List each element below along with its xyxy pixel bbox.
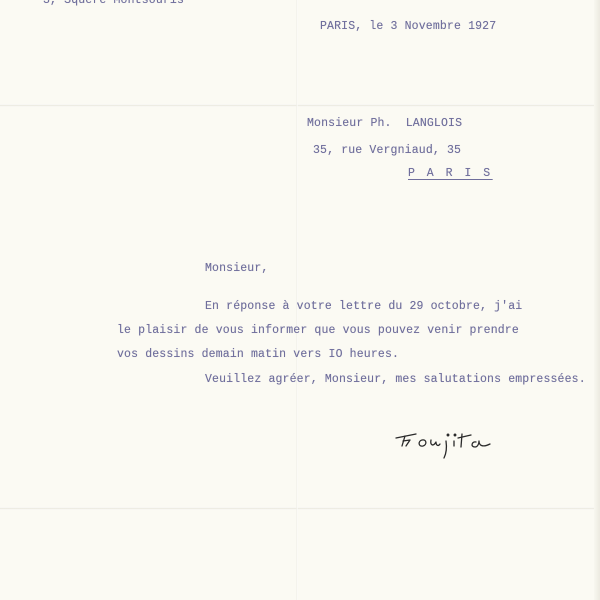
signature-foujita: [392, 420, 512, 460]
letter-page: 3, Squere Montsouris PARIS, le 3 Novembr…: [0, 0, 600, 600]
body-line-2: le plaisir de vous informer que vous pou…: [117, 324, 519, 337]
fold-line-bottom: [0, 507, 600, 510]
recipient-street: 35, rue Vergniaud, 35: [313, 144, 461, 157]
recipient-name: Monsieur Ph. LANGLOIS: [307, 117, 462, 130]
sender-address: 3, Squere Montsouris: [43, 0, 184, 7]
salutation: Monsieur,: [205, 262, 268, 275]
closing-line: Veuillez agréer, Monsieur, mes salutatio…: [205, 373, 586, 386]
place-date: PARIS, le 3 Novembre 1927: [320, 20, 496, 33]
paper-edge: [594, 0, 600, 600]
body-line-1: En réponse à votre lettre du 29 octobre,…: [205, 300, 522, 313]
fold-line-top: [0, 104, 600, 107]
recipient-city: P A R I S: [408, 167, 493, 180]
body-line-3: vos dessins demain matin vers IO heures.: [117, 348, 399, 361]
